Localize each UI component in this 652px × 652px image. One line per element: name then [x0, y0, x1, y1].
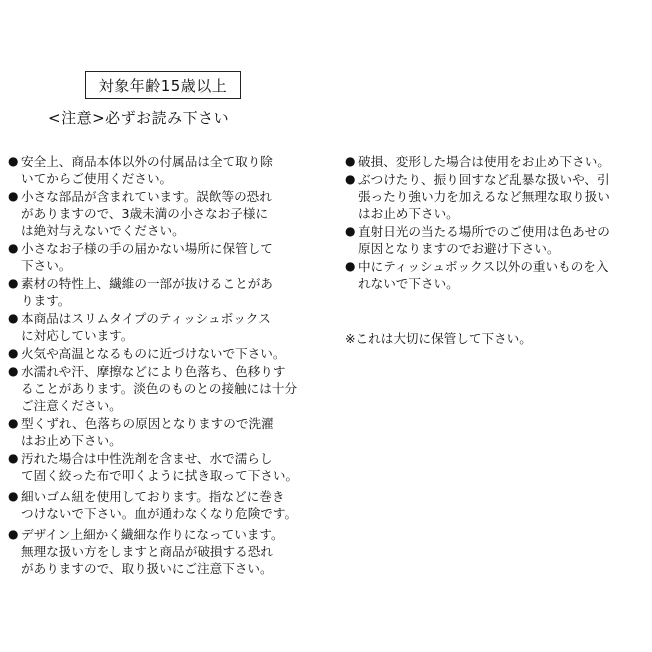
caution-text: は絶対与えないでください。	[21, 222, 272, 239]
right-caution-list: ● 破損、変形した場合は使用をお止め下さい。 ● ぶつけたり、振り回すなど乱暴な…	[345, 153, 635, 293]
caution-text: ります。	[21, 292, 273, 309]
caution-heading: <注意>必ずお読み下さい	[48, 107, 229, 128]
caution-text: 中にティッシュボックス以外の重いものを入	[358, 258, 609, 275]
caution-text: がありますので、3歳未満の小さなお子様に	[21, 205, 272, 222]
caution-item: ● 細いゴム紐を使用しております。指などに巻き つけないで下さい。血が通わなくな…	[8, 488, 308, 522]
caution-text: ることがあります。淡色のものとの接触には十分	[21, 380, 297, 397]
bullet-icon: ●	[8, 188, 21, 239]
caution-item: ● ぶつけたり、振り回すなど乱暴な扱いや、引 張ったり強い力を加えるなど無理な取…	[345, 171, 635, 222]
caution-text: 汚れた場合は中性洗剤を含ませ、水で濡らし	[21, 450, 298, 467]
left-caution-list: ● 安全上、商品本体以外の付属品は全て取り除 いてからご使用ください。 ● 小さ…	[8, 153, 308, 578]
caution-text: ぶつけたり、振り回すなど乱暴な扱いや、引	[358, 171, 610, 188]
caution-text: 小さな部品が含まれています。誤飲等の恐れ	[21, 188, 272, 205]
caution-item: ● 水濡れや汗、摩擦などにより色落ち、色移りす ることがあります。淡色のものとの…	[8, 363, 308, 414]
bullet-icon: ●	[8, 363, 21, 414]
caution-text: 下さい。	[21, 257, 273, 274]
bullet-icon: ●	[345, 171, 358, 222]
caution-text: 破損、変形した場合は使用をお止め下さい。	[358, 153, 610, 170]
bullet-icon: ●	[8, 240, 21, 274]
caution-item: ● 中にティッシュボックス以外の重いものを入 れないで下さい。	[345, 258, 635, 292]
caution-item: ● 小さな部品が含まれています。誤飲等の恐れ がありますので、3歳未満の小さなお…	[8, 188, 308, 239]
bullet-icon: ●	[8, 526, 21, 577]
caution-item: ● 本商品はスリムタイプのティッシュボックス に対応しています。	[8, 310, 308, 344]
caution-item: ● デザイン上細かく繊細な作りになっています。 無理な扱い方をしますと商品が破損…	[8, 526, 308, 577]
caution-text: 細いゴム紐を使用しております。指などに巻き	[21, 488, 297, 505]
age-rating-label: 対象年齢15歳以上	[99, 75, 228, 96]
caution-item: ● 汚れた場合は中性洗剤を含ませ、水で濡らし て固く絞った布で叩くように拭き取っ…	[8, 450, 308, 484]
bullet-icon: ●	[8, 310, 21, 344]
bullet-icon: ●	[8, 345, 21, 362]
bullet-icon: ●	[345, 153, 358, 170]
caution-text: 直射日光の当たる場所でのご使用は色あせの	[358, 223, 610, 240]
caution-text: はお止め下さい。	[21, 432, 274, 449]
caution-text: 素材の特性上、繊維の一部が抜けることがあ	[21, 275, 273, 292]
caution-text: 本商品はスリムタイプのティッシュボックス	[21, 310, 271, 327]
caution-item: ● 破損、変形した場合は使用をお止め下さい。	[345, 153, 635, 170]
age-rating-box: 対象年齢15歳以上	[85, 71, 241, 99]
caution-item: ● 小さなお子様の手の届かない場所に保管して 下さい。	[8, 240, 308, 274]
caution-text: いてからご使用ください。	[21, 170, 273, 187]
caution-text: 原因となりますのでお避け下さい。	[358, 240, 610, 257]
caution-text: れないで下さい。	[358, 275, 609, 292]
caution-text: 型くずれ、色落ちの原因となりますので洗濯	[21, 415, 274, 432]
caution-text: つけないで下さい。血が通わなくなり危険です。	[21, 505, 297, 522]
caution-item: ● 火気や高温となるものに近づけないで下さい。	[8, 345, 308, 362]
bullet-icon: ●	[345, 223, 358, 257]
bullet-icon: ●	[8, 450, 21, 484]
keep-safe-note: ※これは大切に保管して下さい。	[345, 330, 532, 347]
caution-text: ご注意ください。	[21, 397, 297, 414]
caution-text: 水濡れや汗、摩擦などにより色落ち、色移りす	[21, 363, 297, 380]
caution-item: ● 型くずれ、色落ちの原因となりますので洗濯 はお止め下さい。	[8, 415, 308, 449]
caution-text: 安全上、商品本体以外の付属品は全て取り除	[21, 153, 273, 170]
caution-text: はお止め下さい。	[358, 205, 610, 222]
caution-item: ● 素材の特性上、繊維の一部が抜けることがあ ります。	[8, 275, 308, 309]
bullet-icon: ●	[8, 153, 21, 187]
bullet-icon: ●	[8, 275, 21, 309]
caution-text: て固く絞った布で叩くように拭き取って下さい。	[21, 467, 298, 484]
caution-text: に対応しています。	[21, 327, 271, 344]
caution-item: ● 安全上、商品本体以外の付属品は全て取り除 いてからご使用ください。	[8, 153, 308, 187]
caution-item: ● 直射日光の当たる場所でのご使用は色あせの 原因となりますのでお避け下さい。	[345, 223, 635, 257]
caution-text: 小さなお子様の手の届かない場所に保管して	[21, 240, 273, 257]
bullet-icon: ●	[345, 258, 358, 292]
caution-text: 火気や高温となるものに近づけないで下さい。	[21, 345, 285, 362]
bullet-icon: ●	[8, 488, 21, 522]
caution-text: がありますので、取り扱いにご注意下さい。	[21, 560, 284, 577]
caution-text: 無理な扱い方をしますと商品が破損する恐れ	[21, 543, 284, 560]
caution-text: 張ったり強い力を加えるなど無理な取り扱い	[358, 188, 610, 205]
caution-text: デザイン上細かく繊細な作りになっています。	[21, 526, 284, 543]
bullet-icon: ●	[8, 415, 21, 449]
